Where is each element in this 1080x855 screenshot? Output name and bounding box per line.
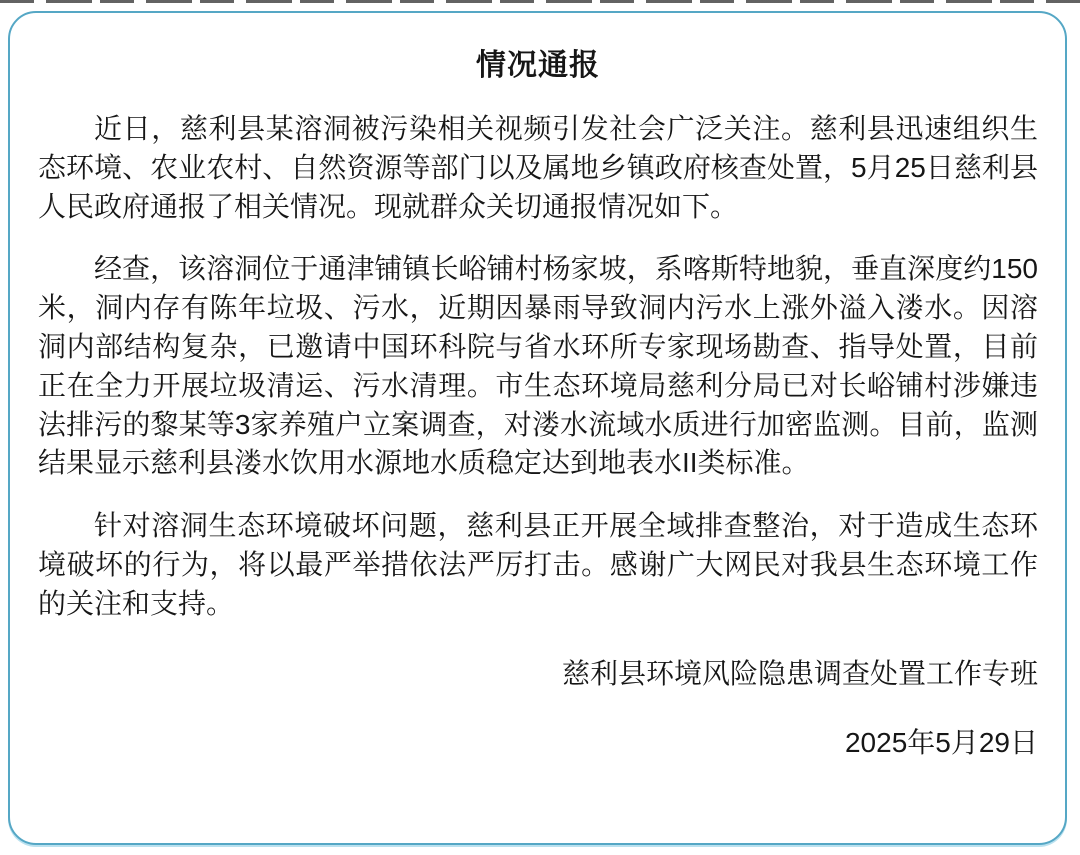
notice-paragraph-investigation: 经查，该溶洞位于通津铺镇长峪铺村杨家坡，系喀斯特地貌，垂直深度约150米，洞内存… (38, 250, 1038, 483)
notice-title: 情况通报 (38, 44, 1038, 88)
notice-signature: 慈利县环境风险隐患调查处置工作专班 (38, 655, 1038, 694)
notice-paragraph-action: 针对溶洞生态环境破坏问题，慈利县正开展全域排查整治，对于造成生态环境破坏的行为，… (38, 507, 1038, 623)
notice-paragraph-intro: 近日，慈利县某溶洞被污染相关视频引发社会广泛关注。慈利县迅速组织生态环境、农业农… (38, 110, 1038, 226)
notice-date: 2025年5月29日 (38, 724, 1038, 763)
cropped-text-strip (0, 0, 1080, 3)
notice-card: 情况通报 近日，慈利县某溶洞被污染相关视频引发社会广泛关注。慈利县迅速组织生态环… (8, 11, 1067, 845)
notice-body: 近日，慈利县某溶洞被污染相关视频引发社会广泛关注。慈利县迅速组织生态环境、农业农… (38, 110, 1038, 624)
